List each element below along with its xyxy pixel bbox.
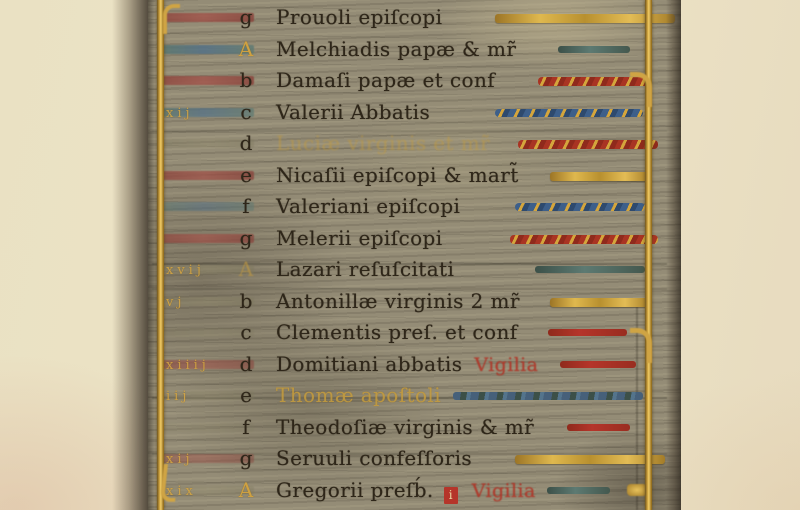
feast-text: Melchiadis papæ & mr̃ <box>276 37 516 61</box>
feast-entry: Lazari reſuſcitati <box>276 254 454 286</box>
line-filler <box>558 46 630 53</box>
feast-text: Lazari reſuſcitati <box>276 257 454 281</box>
dominical-letter: A <box>230 34 262 65</box>
manuscript-page: gProuoli epiſcopiAMelchiadis papæ & mr̃b… <box>148 0 681 510</box>
feast-entry: Damaſi papæ et conf <box>276 65 495 97</box>
line-filler <box>518 140 658 149</box>
line-filler <box>550 298 650 307</box>
dominical-letter: c <box>230 97 262 128</box>
dominical-letter: c <box>230 317 262 348</box>
calendar-row: vjbAntonillæ virginis 2 mr̃ <box>148 286 681 318</box>
manuscript-photo: gProuoli epiſcopiAMelchiadis papæ & mr̃b… <box>0 0 800 510</box>
feast-text: Melerii epiſcopi <box>276 226 443 250</box>
dominical-letter: g <box>230 443 262 474</box>
frame-elbow-lower-right-icon <box>630 328 652 363</box>
dominical-letter: e <box>230 380 262 411</box>
frame-elbow-upper-right-icon <box>630 72 652 107</box>
feast-entry: Valerii Abbatis <box>276 97 430 129</box>
calendar-row: xixAGregorii preſb́.iVigilia <box>148 475 681 507</box>
feast-text: Damaſi papæ et conf <box>276 68 495 92</box>
line-filler <box>515 203 645 211</box>
feast-entry: Domitiani abbatisVigilia <box>276 349 538 381</box>
dominical-letter: d <box>230 128 262 159</box>
calendar-row: eNicaſii epiſcopi & mart̃ <box>148 160 681 192</box>
feast-text: Domitiani abbatis <box>276 352 462 376</box>
feast-text: Thomæ apoſtoli <box>276 383 441 407</box>
calendar-row: bDamaſi papæ et conf <box>148 65 681 97</box>
calendar-row: xiiijdDomitiani abbatisVigilia <box>148 349 681 381</box>
line-filler <box>547 487 610 494</box>
dominical-letter: f <box>230 412 262 443</box>
feast-text: Seruuli confeſſoris <box>276 446 472 470</box>
dominical-letter: f <box>230 191 262 222</box>
dominical-letter: A <box>230 475 262 506</box>
feast-entry: Theodoſiæ virginis & mr̃ <box>276 412 534 444</box>
dominical-letter: e <box>230 160 262 191</box>
dominical-letter: b <box>230 286 262 317</box>
feast-entry: Gregorii preſb́.iVigilia <box>276 475 536 507</box>
gold-line-filler-end <box>627 484 647 496</box>
feast-text: Antonillæ virginis 2 mr̃ <box>276 289 520 313</box>
feast-entry: Melchiadis papæ & mr̃ <box>276 34 516 66</box>
feast-entry: Clementis preſ. et conf <box>276 317 518 349</box>
calendar-row: fTheodoſiæ virginis & mr̃ <box>148 412 681 444</box>
feast-entry: Antonillæ virginis 2 mr̃ <box>276 286 520 318</box>
feast-entry: Luciæ virginis et mr̃ <box>276 128 490 160</box>
line-filler <box>515 455 665 464</box>
line-filler <box>453 392 643 400</box>
line-filler <box>510 235 658 244</box>
line-filler <box>495 109 643 117</box>
frame-curl-top-left-icon <box>163 4 180 34</box>
calendar-row: cClementis preſ. et conf <box>148 317 681 349</box>
dominical-letter: d <box>230 349 262 380</box>
calendar-row: gProuoli epiſcopi <box>148 2 681 34</box>
feast-text: Luciæ virginis et mr̃ <box>276 131 490 155</box>
feast-entry: Thomæ apoſtoli <box>276 380 441 412</box>
vigilia-label: Vigilia <box>474 354 538 376</box>
calendar-rows: gProuoli epiſcopiAMelchiadis papæ & mr̃b… <box>148 0 681 510</box>
line-filler <box>550 172 650 181</box>
feast-entry: Seruuli confeſſoris <box>276 443 472 475</box>
page-gutter-shadow <box>112 0 150 510</box>
calendar-row: dLuciæ virginis et mr̃ <box>148 128 681 160</box>
calendar-row: xijcValerii Abbatis <box>148 97 681 129</box>
dominical-letter: A <box>230 254 262 285</box>
line-filler <box>535 266 645 273</box>
feast-text: Prouoli epiſcopi <box>276 5 442 29</box>
line-filler <box>560 361 636 368</box>
feast-entry: Melerii epiſcopi <box>276 223 443 255</box>
feast-entry: Prouoli epiſcopi <box>276 2 442 34</box>
dominical-letter: g <box>230 223 262 254</box>
feast-entry: Nicaſii epiſcopi & mart̃ <box>276 160 519 192</box>
calendar-row: xvijALazari reſuſcitati <box>148 254 681 286</box>
vigilia-label: Vigilia <box>472 480 536 502</box>
feast-text: Gregorii preſb́. <box>276 478 434 502</box>
feast-text: Valeriani epiſcopi <box>276 194 460 218</box>
line-filler <box>548 329 627 336</box>
dominical-letter: b <box>230 65 262 96</box>
calendar-row: xijgSeruuli confeſſoris <box>148 443 681 475</box>
line-filler <box>567 424 630 431</box>
feast-text: Clementis preſ. et conf <box>276 320 518 344</box>
red-initial-box: i <box>444 487 458 504</box>
dominical-letter: g <box>230 2 262 33</box>
feast-text: Nicaſii epiſcopi & mart̃ <box>276 163 519 187</box>
feast-text: Theodoſiæ virginis & mr̃ <box>276 415 534 439</box>
calendar-row: fValeriani epiſcopi <box>148 191 681 223</box>
calendar-row: gMelerii epiſcopi <box>148 223 681 255</box>
feast-text: Valerii Abbatis <box>276 100 430 124</box>
calendar-row: AMelchiadis papæ & mr̃ <box>148 34 681 66</box>
feast-entry: Valeriani epiſcopi <box>276 191 460 223</box>
gold-frame-left <box>157 0 164 510</box>
calendar-row: iijeThomæ apoſtoli <box>148 380 681 412</box>
